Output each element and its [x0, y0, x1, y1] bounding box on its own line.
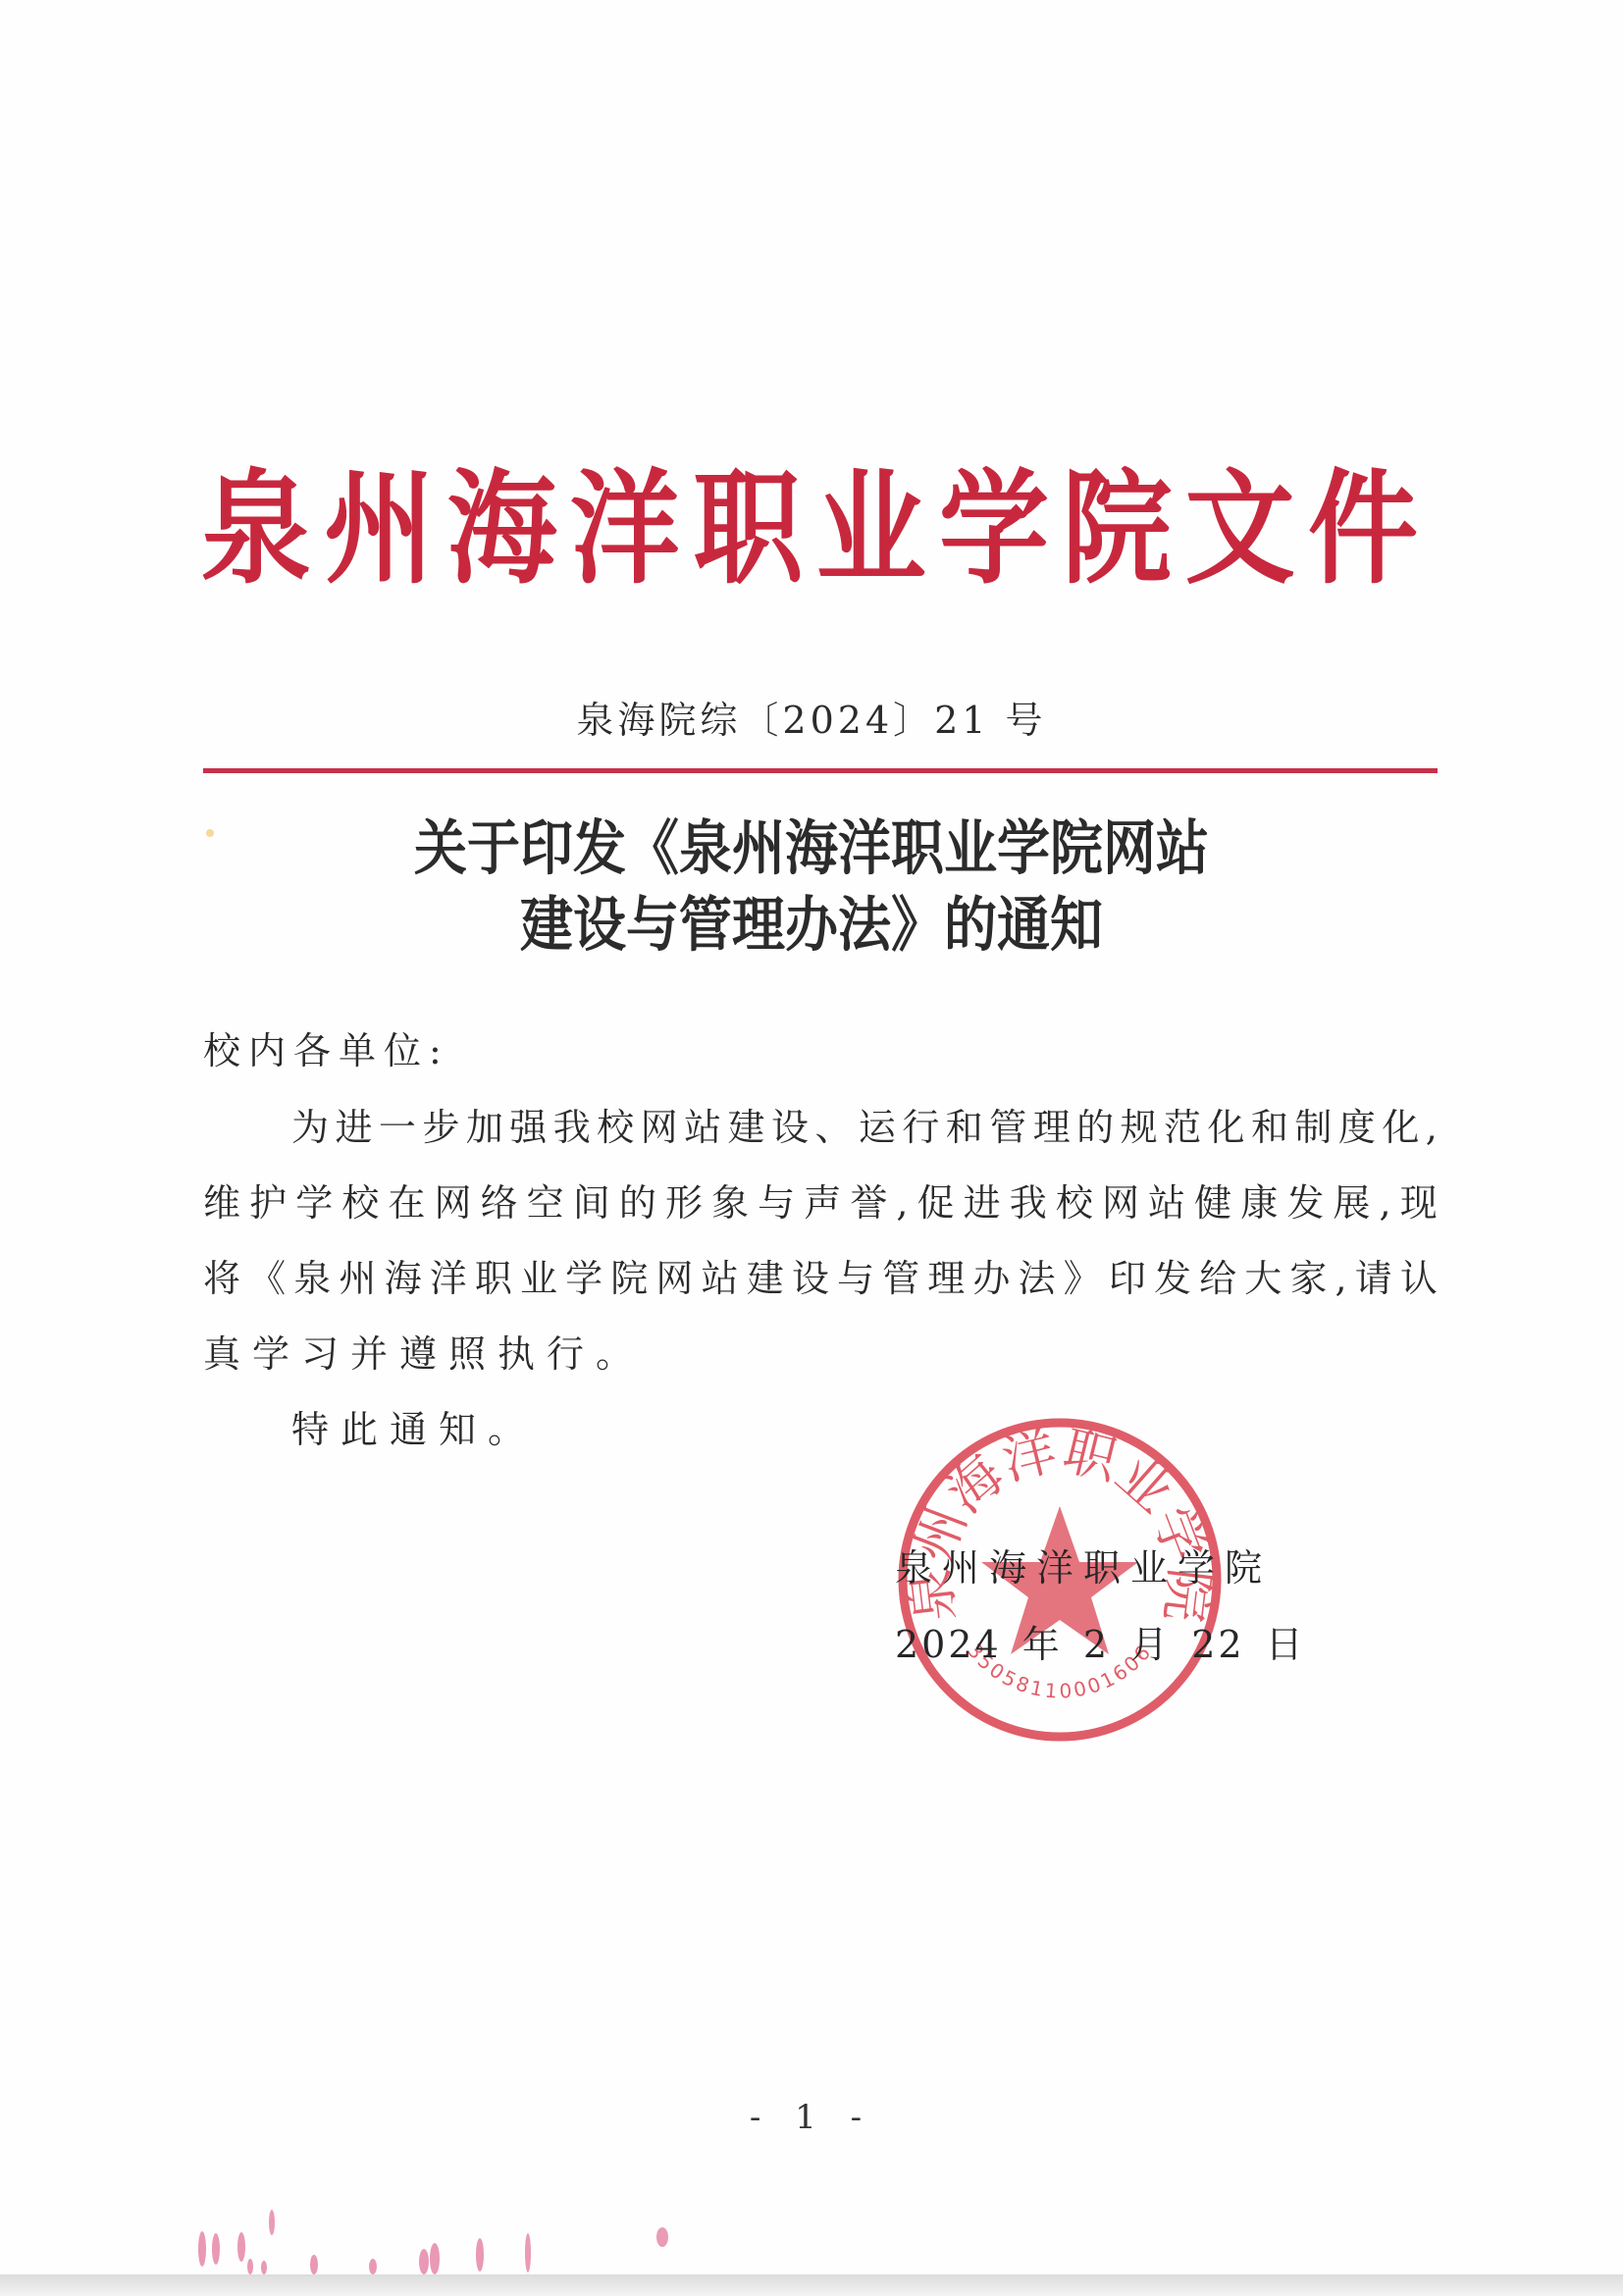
body-char: 进: [335, 1100, 372, 1175]
header-char: 院: [1062, 453, 1172, 607]
body-char: 健: [1194, 1175, 1231, 1251]
body-char: 强: [509, 1100, 547, 1175]
body-char: 间: [573, 1175, 610, 1251]
body-char: 运: [859, 1100, 896, 1175]
body-char: 制: [1294, 1100, 1332, 1175]
body-char: 将: [203, 1251, 240, 1327]
body-char: 度: [1338, 1100, 1376, 1175]
scan-bottom-edge: [0, 2274, 1623, 2296]
body-char: 建: [728, 1100, 765, 1175]
body-char: 维: [203, 1175, 240, 1251]
body-char: 誉: [850, 1175, 887, 1251]
body-char: 促: [917, 1175, 955, 1251]
header-char: 泉: [201, 453, 311, 607]
body-char: 网: [641, 1100, 678, 1175]
title-line-2: 建设与管理办法》的通知: [0, 882, 1623, 967]
body-char: 法: [1019, 1251, 1056, 1327]
body-char: 我: [1010, 1175, 1047, 1251]
body-char: 行: [902, 1100, 939, 1175]
body-char: 校: [597, 1100, 634, 1175]
body-char: 加: [466, 1100, 503, 1175]
body-char: 《: [248, 1251, 286, 1327]
body-char: 业: [520, 1251, 557, 1327]
body-char: 网: [1102, 1175, 1139, 1251]
body-char: 空: [527, 1175, 564, 1251]
body-char: 络: [481, 1175, 518, 1251]
body-char: 展: [1333, 1175, 1370, 1251]
body-char: 大: [1244, 1251, 1282, 1327]
body-char: ,: [1335, 1251, 1347, 1327]
body-char: 声: [804, 1175, 841, 1251]
body-char: 洋: [430, 1251, 467, 1327]
header-char: 职: [693, 453, 803, 607]
body-char: 和: [946, 1100, 983, 1175]
body-char: 进: [964, 1175, 1001, 1251]
body-char: 康: [1240, 1175, 1278, 1251]
body-char: 化: [1382, 1100, 1419, 1175]
body-char: 在: [388, 1175, 425, 1251]
header-char: 海: [447, 453, 557, 607]
document-title: 关于印发《泉州海洋职业学院网站 建设与管理办法》的通知: [0, 810, 1623, 964]
body-line-text: 真学习并遵照执行。: [203, 1327, 645, 1402]
body-char: 发: [1154, 1251, 1191, 1327]
header-char: 学: [939, 453, 1049, 607]
body-char: ,: [896, 1175, 908, 1251]
signature-organization: 泉州海洋职业学院: [895, 1540, 1306, 1595]
body-char: 泉: [293, 1251, 331, 1327]
body-char: 校: [1056, 1175, 1093, 1251]
body-char: 给: [1199, 1251, 1236, 1327]
signature-block: 泉州海洋职业学院 2024 年 2 月 22 日: [895, 1540, 1306, 1672]
body-char: 理: [1033, 1100, 1071, 1175]
body-char: 校: [341, 1175, 379, 1251]
body-char: 设: [771, 1100, 809, 1175]
body-char: 海: [385, 1251, 422, 1327]
body-char: 护: [249, 1175, 287, 1251]
body-char: 站: [702, 1251, 739, 1327]
salutation: 校内各单位:: [203, 1023, 449, 1078]
header-char: 业: [816, 453, 926, 607]
body-char: 网: [655, 1251, 693, 1327]
body-char: 的: [1076, 1100, 1114, 1175]
body-char: 步: [422, 1100, 459, 1175]
body-char: 与: [837, 1251, 874, 1327]
header-char: 州: [324, 453, 434, 607]
body-char: 站: [684, 1100, 721, 1175]
body-char: 的: [619, 1175, 656, 1251]
body-char: 为: [291, 1100, 329, 1175]
body-char: 与: [758, 1175, 795, 1251]
body-char: 设: [792, 1251, 829, 1327]
body-char: 管: [989, 1100, 1026, 1175]
document-page: 泉 州 海 洋 职 业 学 院 文 件 泉海院综〔2024〕21 号 关于印发《…: [0, 0, 1623, 2296]
body-char: 学: [295, 1175, 333, 1251]
body-char: 现: [1400, 1175, 1438, 1251]
body-char: 建: [747, 1251, 784, 1327]
body-char: 学: [565, 1251, 602, 1327]
body-char: 规: [1121, 1100, 1158, 1175]
body-line: 真学习并遵照执行。: [203, 1327, 1438, 1402]
body-char: 职: [475, 1251, 512, 1327]
body-char: 范: [1164, 1100, 1201, 1175]
body-char: 家: [1289, 1251, 1327, 1327]
closing-remark: 特此通知。: [291, 1402, 537, 1457]
body-char: 形: [665, 1175, 703, 1251]
document-header-title: 泉 州 海 洋 职 业 学 院 文 件: [201, 461, 1418, 599]
body-char: 网: [434, 1175, 471, 1251]
body-char: 象: [711, 1175, 749, 1251]
page-number: - 1 -: [0, 2093, 1623, 2142]
header-char: 文: [1185, 453, 1295, 607]
body-char: 、: [814, 1100, 852, 1175]
title-line-1: 关于印发《泉州海洋职业学院网站: [0, 806, 1623, 891]
body-char: 印: [1109, 1251, 1146, 1327]
body-char: ,: [1380, 1175, 1391, 1251]
body-char: 认: [1400, 1251, 1438, 1327]
body-char: 我: [553, 1100, 591, 1175]
body-paragraph: 为进一步加强我校网站建设、运行和管理的规范化和制度化, 维护学校在网络空间的形象…: [203, 1100, 1438, 1402]
body-char: 发: [1286, 1175, 1324, 1251]
body-char: ,: [1426, 1100, 1438, 1175]
document-number: 泉海院综〔2024〕21 号: [0, 693, 1623, 748]
body-char: 》: [1064, 1251, 1101, 1327]
body-line: 维护学校在网络空间的形象与声誉,促进我校网站健康发展,现: [203, 1175, 1438, 1251]
body-char: 办: [972, 1251, 1010, 1327]
body-char: 站: [1148, 1175, 1185, 1251]
body-char: 理: [927, 1251, 965, 1327]
body-char: 和: [1251, 1100, 1288, 1175]
signature-date: 2024 年 2 月 22 日: [895, 1617, 1306, 1672]
red-divider-rule: [203, 768, 1438, 773]
body-line: 将《泉州海洋职业学院网站建设与管理办法》印发给大家,请认: [203, 1251, 1438, 1327]
body-char: 一: [379, 1100, 416, 1175]
body-char: 请: [1355, 1251, 1392, 1327]
body-char: 州: [339, 1251, 376, 1327]
header-char: 洋: [570, 453, 680, 607]
body-char: 化: [1208, 1100, 1245, 1175]
body-char: 管: [882, 1251, 919, 1327]
body-line: 为进一步加强我校网站建设、运行和管理的规范化和制度化,: [203, 1100, 1438, 1175]
header-char: 件: [1308, 453, 1418, 607]
body-char: 院: [610, 1251, 648, 1327]
